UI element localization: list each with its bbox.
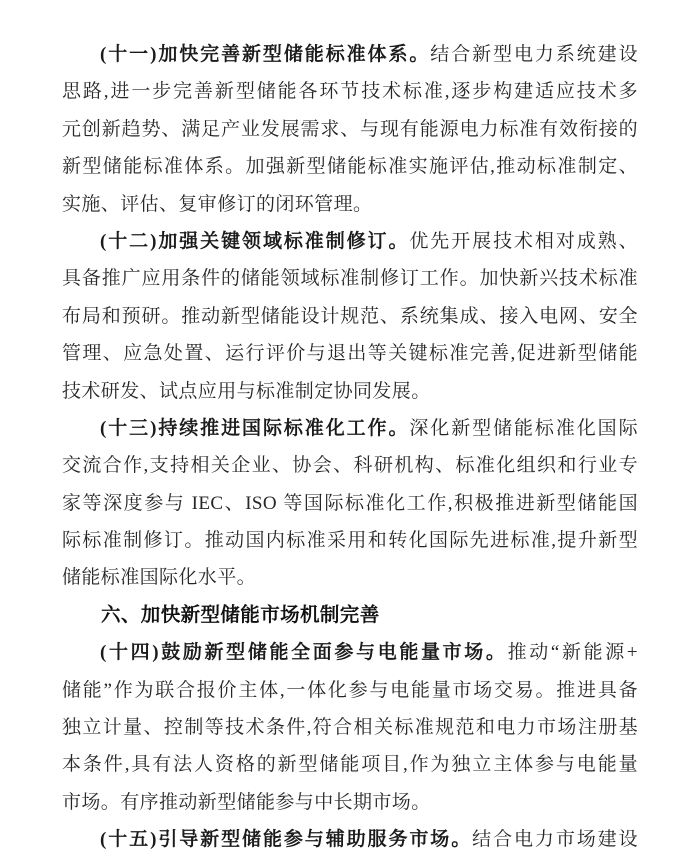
paragraph: (十五)引导新型储能参与辅助服务市场。结合电力市场建设 [62, 821, 638, 858]
body-text: 深化新型储能标准化国际 [409, 418, 638, 439]
body-text: 交流合作,支持相关企业、协会、科研机构、标准化组织和行业专 [62, 455, 638, 476]
text-line: 储能”作为联合报价主体,一体化参与电能量市场交易。推进具备 [62, 672, 638, 709]
text-line: 元创新趋势、满足产业发展需求、与现有能源电力标准有效衔接的 [62, 111, 638, 148]
body-text: 家等深度参与 IEC、ISO 等国际标准化工作,积极推进新型储能国 [62, 493, 638, 514]
text-line: 独立计量、控制等技术条件,符合相关标准规范和电力市场注册基 [62, 709, 638, 746]
section-heading: 六、加快新型储能市场机制完善 [62, 597, 638, 634]
paragraph-lead-text: (十三)持续推进国际标准化工作。 [100, 418, 409, 439]
paragraph-lead-text: (十二)加强关键领域标准制修订。 [100, 231, 409, 252]
text-line: (十四)鼓励新型储能全面参与电能量市场。推动“新能源+ [62, 634, 638, 671]
document-body: (十一)加快完善新型储能标准体系。结合新型电力系统建设思路,进一步完善新型储能各… [62, 36, 638, 859]
text-line: 技术研发、试点应用与标准制定协同发展。 [62, 373, 638, 410]
text-line: 新型储能标准体系。加强新型储能标准实施评估,推动标准制定、 [62, 148, 638, 185]
text-line: 交流合作,支持相关企业、协会、科研机构、标准化组织和行业专 [62, 447, 638, 484]
text-line: 本条件,具有法人资格的新型储能项目,作为独立主体参与电能量 [62, 746, 638, 783]
text-line: 实施、评估、复审修订的闭环管理。 [62, 186, 638, 223]
body-text: 结合电力市场建设 [472, 829, 638, 850]
text-line: 布局和预研。推动新型储能设计规范、系统集成、接入电网、安全 [62, 298, 638, 335]
body-text: 独立计量、控制等技术条件,符合相关标准规范和电力市场注册基 [62, 717, 638, 738]
text-line: 储能标准国际化水平。 [62, 559, 638, 596]
body-text: 新型储能标准体系。加强新型储能标准实施评估,推动标准制定、 [62, 156, 638, 177]
body-text: 市场。有序推动新型储能参与中长期市场。 [62, 792, 431, 813]
body-text: 储能标准国际化水平。 [62, 567, 256, 588]
text-line: (十三)持续推进国际标准化工作。深化新型储能标准化国际 [62, 410, 638, 447]
paragraph-lead-text: (十五)引导新型储能参与辅助服务市场。 [100, 829, 472, 850]
body-text: 思路,进一步完善新型储能各环节技术标准,逐步构建适应技术多 [62, 81, 638, 102]
text-line: (十二)加强关键领域标准制修订。优先开展技术相对成熟、 [62, 223, 638, 260]
body-text: 际标准制修订。推动国内标准采用和转化国际先进标准,提升新型 [62, 530, 638, 551]
body-text: 管理、应急处置、运行评价与退出等关键标准完善,促进新型储能 [62, 343, 638, 364]
body-text: 本条件,具有法人资格的新型储能项目,作为独立主体参与电能量 [62, 754, 638, 775]
paragraph: (十二)加强关键领域标准制修订。优先开展技术相对成熟、具备推广应用条件的储能领域… [62, 223, 638, 410]
paragraph-lead-text: 六、加快新型储能市场机制完善 [101, 604, 380, 626]
body-text: 优先开展技术相对成熟、 [409, 231, 638, 252]
body-text: 实施、评估、复审修订的闭环管理。 [62, 194, 372, 215]
body-text: 储能”作为联合报价主体,一体化参与电能量市场交易。推进具备 [62, 680, 638, 701]
body-text: 布局和预研。推动新型储能设计规范、系统集成、接入电网、安全 [62, 306, 638, 327]
text-line: 具备推广应用条件的储能领域标准制修订工作。加快新兴技术标准 [62, 260, 638, 297]
paragraph-lead-text: (十一)加快完善新型储能标准体系。 [100, 44, 430, 65]
body-text: 推动“新能源+ [508, 642, 638, 663]
body-text: 结合新型电力系统建设 [430, 44, 638, 65]
body-text: 具备推广应用条件的储能领域标准制修订工作。加快新兴技术标准 [62, 268, 638, 289]
text-line: 家等深度参与 IEC、ISO 等国际标准化工作,积极推进新型储能国 [62, 485, 638, 522]
text-line: (十一)加快完善新型储能标准体系。结合新型电力系统建设 [62, 36, 638, 73]
document-page: (十一)加快完善新型储能标准体系。结合新型电力系统建设思路,进一步完善新型储能各… [0, 0, 700, 862]
text-line: (十五)引导新型储能参与辅助服务市场。结合电力市场建设 [62, 821, 638, 858]
paragraph-lead-text: (十四)鼓励新型储能全面参与电能量市场。 [100, 642, 508, 663]
body-text: 技术研发、试点应用与标准制定协同发展。 [62, 381, 431, 402]
paragraph: (十三)持续推进国际标准化工作。深化新型储能标准化国际交流合作,支持相关企业、协… [62, 410, 638, 597]
text-line: 六、加快新型储能市场机制完善 [62, 597, 638, 634]
paragraph: (十一)加快完善新型储能标准体系。结合新型电力系统建设思路,进一步完善新型储能各… [62, 36, 638, 223]
text-line: 思路,进一步完善新型储能各环节技术标准,逐步构建适应技术多 [62, 73, 638, 110]
text-line: 际标准制修订。推动国内标准采用和转化国际先进标准,提升新型 [62, 522, 638, 559]
text-line: 市场。有序推动新型储能参与中长期市场。 [62, 784, 638, 821]
text-line: 管理、应急处置、运行评价与退出等关键标准完善,促进新型储能 [62, 335, 638, 372]
body-text: 元创新趋势、满足产业发展需求、与现有能源电力标准有效衔接的 [62, 119, 638, 140]
paragraph: (十四)鼓励新型储能全面参与电能量市场。推动“新能源+储能”作为联合报价主体,一… [62, 634, 638, 821]
